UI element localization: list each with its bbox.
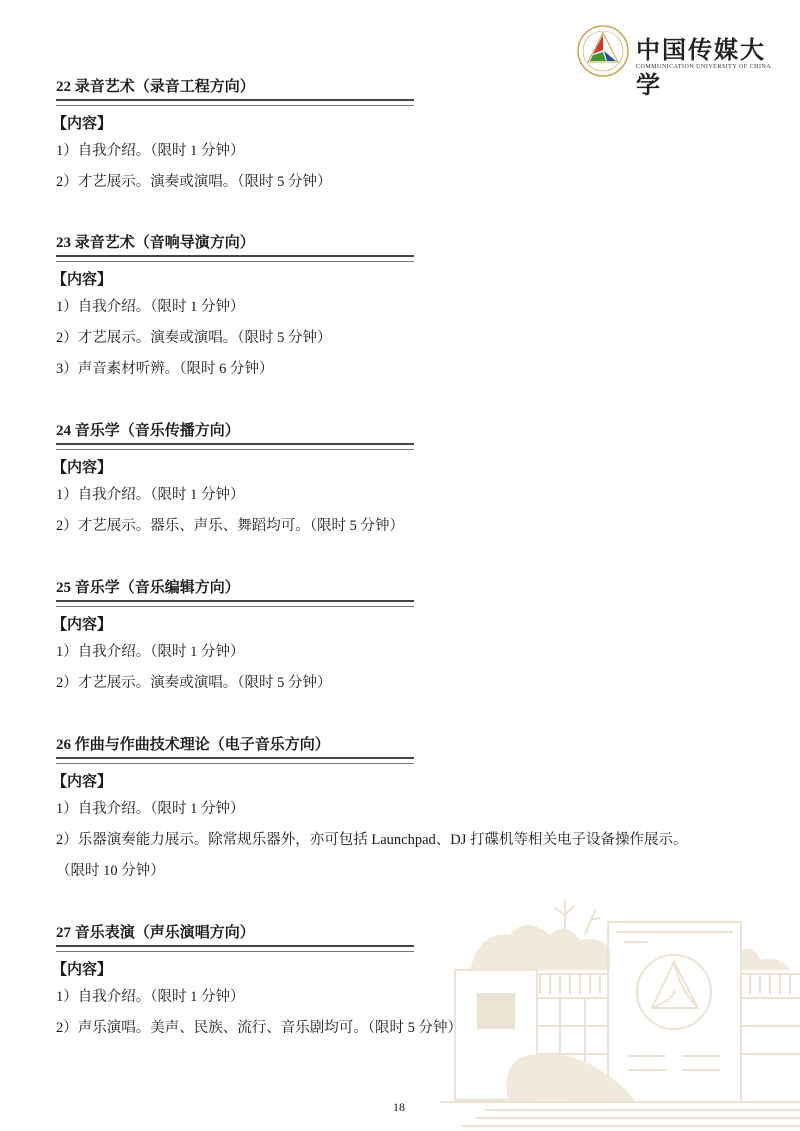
section-22: 22 录音艺术（录音工程方向） 【内容】 1）自我介绍。（限时 1 分钟） 2）… [56, 76, 776, 198]
section-23: 23 录音艺术（音响导演方向） 【内容】 1）自我介绍。（限时 1 分钟） 2）… [56, 232, 776, 385]
list-item: 1）自我介绍。（限时 1 分钟） [56, 637, 776, 668]
list-item: 1）自我介绍。（限时 1 分钟） [56, 480, 776, 511]
list-item: 1）自我介绍。（限时 1 分钟） [56, 982, 776, 1013]
content-label: 【内容】 [52, 770, 776, 794]
list-item: 2）才艺展示。演奏或演唱。（限时 5 分钟） [56, 668, 776, 699]
list-item: 1）自我介绍。（限时 1 分钟） [56, 136, 776, 167]
title-underline [56, 757, 414, 764]
section-27: 27 音乐表演（声乐演唱方向） 【内容】 1）自我介绍。（限时 1 分钟） 2）… [56, 922, 776, 1044]
section-title: 26 作曲与作曲技术理论（电子音乐方向） [56, 734, 776, 756]
list-item: 2）声乐演唱。美声、民族、流行、音乐剧均可。（限时 5 分钟） [56, 1013, 776, 1044]
section-title: 25 音乐学（音乐编辑方向） [56, 577, 776, 599]
section-title: 23 录音艺术（音响导演方向） [56, 232, 776, 254]
content-label: 【内容】 [52, 268, 776, 292]
logo-english-name: COMMUNICATION UNIVERSITY OF CHINA [636, 64, 771, 70]
list-item: 1）自我介绍。（限时 1 分钟） [56, 794, 776, 825]
section-title: 27 音乐表演（声乐演唱方向） [56, 922, 776, 944]
page-number: 18 [393, 1100, 405, 1115]
title-underline [56, 945, 414, 952]
section-title: 24 音乐学（音乐传播方向） [56, 420, 776, 442]
content-label: 【内容】 [52, 112, 776, 136]
title-underline [56, 99, 414, 106]
list-item: 2）才艺展示。演奏或演唱。（限时 5 分钟） [56, 167, 776, 198]
section-24: 24 音乐学（音乐传播方向） 【内容】 1）自我介绍。（限时 1 分钟） 2）才… [56, 420, 776, 542]
list-item: 2）才艺展示。器乐、声乐、舞蹈均可。（限时 5 分钟） [56, 511, 776, 542]
university-emblem-icon [576, 24, 630, 78]
title-underline [56, 255, 414, 262]
list-item: 3）声音素材听辨。（限时 6 分钟） [56, 354, 776, 385]
section-title: 22 录音艺术（录音工程方向） [56, 76, 776, 98]
list-item: 2）乐器演奏能力展示。除常规乐器外，亦可包括 Launchpad、DJ 打碟机等… [56, 825, 776, 856]
list-item: 2）才艺展示。演奏或演唱。（限时 5 分钟） [56, 323, 776, 354]
list-item: 1）自我介绍。（限时 1 分钟） [56, 292, 776, 323]
content-label: 【内容】 [52, 613, 776, 637]
section-25: 25 音乐学（音乐编辑方向） 【内容】 1）自我介绍。（限时 1 分钟） 2）才… [56, 577, 776, 699]
title-underline [56, 443, 414, 450]
content-label: 【内容】 [52, 456, 776, 480]
section-26: 26 作曲与作曲技术理论（电子音乐方向） 【内容】 1）自我介绍。（限时 1 分… [56, 734, 776, 887]
list-item-continuation: （限时 10 分钟） [56, 856, 776, 887]
title-underline [56, 600, 414, 607]
content-label: 【内容】 [52, 958, 776, 982]
university-logo: 中国传媒大学 COMMUNICATION UNIVERSITY OF CHINA [576, 24, 766, 80]
